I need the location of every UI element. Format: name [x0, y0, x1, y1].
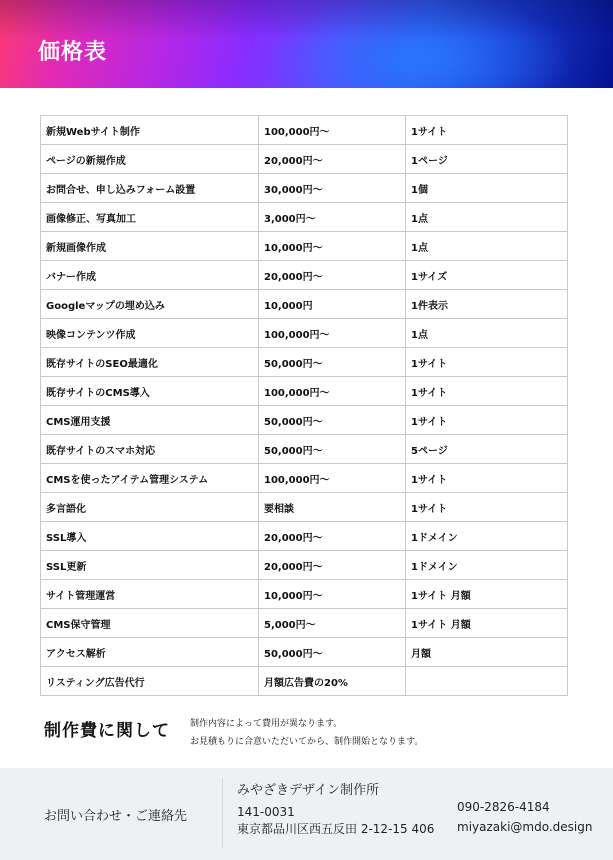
unit-cell: 1サイト 月額	[406, 580, 568, 609]
price-cell: 月額広告費の20%	[259, 667, 406, 696]
price-cell: 20,000円～	[259, 261, 406, 290]
table-row: 既存サイトのCMS導入100,000円～1サイト	[41, 377, 568, 406]
price-cell: 50,000円～	[259, 435, 406, 464]
table-row: SSL導入20,000円～1ドメイン	[41, 522, 568, 551]
company-name: みやざきデザイン制作所	[237, 779, 379, 798]
unit-cell: 1サイト	[406, 464, 568, 493]
table-row: ページの新規作成20,000円～1ページ	[41, 145, 568, 174]
service-cell: 既存サイトのスマホ対応	[41, 435, 259, 464]
unit-cell: 1サイト	[406, 116, 568, 145]
about-line: 制作内容によって費用が異なります。	[190, 715, 423, 733]
service-cell: CMSを使ったアイテム管理システム	[41, 464, 259, 493]
unit-cell: 1サイト	[406, 377, 568, 406]
unit-cell: 月額	[406, 638, 568, 667]
price-cell: 10,000円～	[259, 580, 406, 609]
table-row: 多言語化要相談1サイト	[41, 493, 568, 522]
service-cell: リスティング広告代行	[41, 667, 259, 696]
table-row: CMS運用支援50,000円～1サイト	[41, 406, 568, 435]
service-cell: 新規画像作成	[41, 232, 259, 261]
unit-cell: 1点	[406, 232, 568, 261]
table-row: アクセス解析50,000円～月額	[41, 638, 568, 667]
price-cell: 10,000円	[259, 290, 406, 319]
table-row: 映像コンテンツ作成100,000円～1点	[41, 319, 568, 348]
price-cell: 50,000円～	[259, 348, 406, 377]
table-row: お問合せ、申し込みフォーム設置30,000円～1個	[41, 174, 568, 203]
price-cell: 100,000円～	[259, 377, 406, 406]
header-banner: 価格表	[0, 0, 613, 88]
price-cell: 20,000円～	[259, 551, 406, 580]
service-cell: 多言語化	[41, 493, 259, 522]
table-row: サイト管理運営10,000円～1サイト 月額	[41, 580, 568, 609]
price-cell: 100,000円～	[259, 464, 406, 493]
postal-code: 141-0031	[237, 805, 295, 819]
footer-divider	[222, 778, 223, 848]
table-row: 画像修正、写真加工3,000円～1点	[41, 203, 568, 232]
unit-cell: 1点	[406, 319, 568, 348]
service-cell: CMS運用支援	[41, 406, 259, 435]
unit-cell: 1サイト 月額	[406, 609, 568, 638]
service-cell: 映像コンテンツ作成	[41, 319, 259, 348]
unit-cell	[406, 667, 568, 696]
table-row: SSL更新20,000円～1ドメイン	[41, 551, 568, 580]
page-title: 価格表	[38, 35, 107, 66]
unit-cell: 1件表示	[406, 290, 568, 319]
phone-number[interactable]: 090-2826-4184	[457, 800, 550, 814]
service-cell: バナー作成	[41, 261, 259, 290]
table-row: バナー作成20,000円～1サイズ	[41, 261, 568, 290]
table-row: リスティング広告代行月額広告費の20%	[41, 667, 568, 696]
address: 東京都品川区西五反田 2-12-15 406	[237, 820, 434, 837]
about-text: 制作内容によって費用が異なります。 お見積もりに合意いただいてから、制作開始とな…	[190, 715, 423, 751]
unit-cell: 1サイズ	[406, 261, 568, 290]
table-row: 新規画像作成10,000円～1点	[41, 232, 568, 261]
about-line: お見積もりに合意いただいてから、制作開始となります。	[190, 733, 423, 751]
unit-cell: 1点	[406, 203, 568, 232]
price-cell: 100,000円～	[259, 116, 406, 145]
unit-cell: 1ページ	[406, 145, 568, 174]
table-row: Googleマップの埋め込み10,000円1件表示	[41, 290, 568, 319]
service-cell: アクセス解析	[41, 638, 259, 667]
email-address[interactable]: miyazaki@mdo.design	[457, 820, 592, 834]
price-cell: 要相談	[259, 493, 406, 522]
service-cell: 既存サイトのSEO最適化	[41, 348, 259, 377]
price-cell: 3,000円～	[259, 203, 406, 232]
table-row: CMS保守管理5,000円～1サイト 月額	[41, 609, 568, 638]
service-cell: 画像修正、写真加工	[41, 203, 259, 232]
contact-label: お問い合わせ・ご連絡先	[44, 805, 187, 824]
unit-cell: 1個	[406, 174, 568, 203]
service-cell: CMS保守管理	[41, 609, 259, 638]
unit-cell: 1ドメイン	[406, 551, 568, 580]
table-row: 新規Webサイト制作100,000円～1サイト	[41, 116, 568, 145]
price-cell: 20,000円～	[259, 522, 406, 551]
unit-cell: 1サイト	[406, 493, 568, 522]
service-cell: 新規Webサイト制作	[41, 116, 259, 145]
unit-cell: 1ドメイン	[406, 522, 568, 551]
price-cell: 100,000円～	[259, 319, 406, 348]
table-row: 既存サイトのスマホ対応50,000円～5ページ	[41, 435, 568, 464]
unit-cell: 5ページ	[406, 435, 568, 464]
service-cell: 既存サイトのCMS導入	[41, 377, 259, 406]
unit-cell: 1サイト	[406, 406, 568, 435]
service-cell: Googleマップの埋め込み	[41, 290, 259, 319]
unit-cell: 1サイト	[406, 348, 568, 377]
service-cell: お問合せ、申し込みフォーム設置	[41, 174, 259, 203]
table-row: CMSを使ったアイテム管理システム100,000円～1サイト	[41, 464, 568, 493]
service-cell: ページの新規作成	[41, 145, 259, 174]
about-heading: 制作費に関して	[44, 716, 170, 741]
service-cell: サイト管理運営	[41, 580, 259, 609]
service-cell: SSL更新	[41, 551, 259, 580]
price-cell: 30,000円～	[259, 174, 406, 203]
service-cell: SSL導入	[41, 522, 259, 551]
price-cell: 10,000円～	[259, 232, 406, 261]
price-table: 新規Webサイト制作100,000円～1サイトページの新規作成20,000円～1…	[40, 115, 568, 696]
price-cell: 50,000円～	[259, 406, 406, 435]
table-row: 既存サイトのSEO最適化50,000円～1サイト	[41, 348, 568, 377]
price-cell: 5,000円～	[259, 609, 406, 638]
price-cell: 50,000円～	[259, 638, 406, 667]
price-cell: 20,000円～	[259, 145, 406, 174]
